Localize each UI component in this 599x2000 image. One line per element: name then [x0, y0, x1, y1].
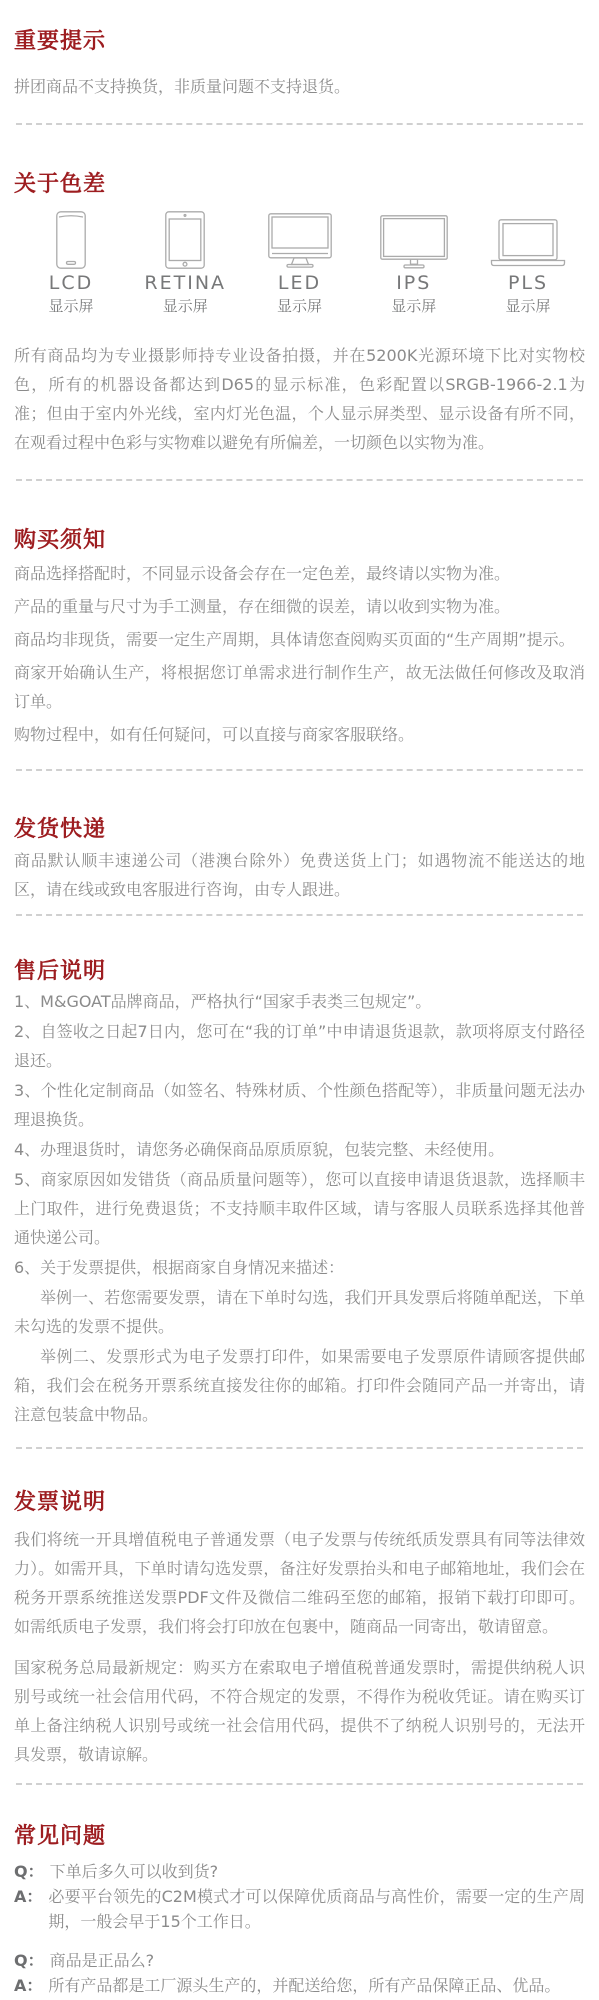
- purchase-note: 商品选择搭配时，不同显示设备会存在一定色差，最终请以实物为准。: [14, 559, 585, 588]
- display-name: LED: [278, 270, 321, 296]
- answer-text: 所有产品都是工厂源头生产的，并配送给您，所有产品保障正品、优品。: [48, 1973, 585, 1998]
- section-title-shipping: 发货快递: [14, 818, 585, 842]
- laptop-icon: [490, 211, 566, 269]
- dashed-divider: [16, 1783, 583, 1785]
- tablet-icon: [165, 211, 205, 269]
- dashed-divider: [16, 123, 583, 125]
- display-types-row: LCD 显示屏 RETINA 显示屏: [14, 211, 585, 317]
- dashed-divider: [16, 479, 583, 481]
- question-label: Q：: [14, 1948, 44, 1973]
- purchase-note: 购物过程中，如有任何疑问，可以直接与商家客服联络。: [14, 720, 585, 749]
- shipping-text: 商品默认顺丰速递公司（港澳台除外）免费送货上门；如遇物流不能送达的地区，请在线或…: [14, 846, 585, 904]
- invoice-paragraph: 国家税务总局最新规定：购买方在索取电子增值税普通发票时，需提供纳税人识别号或统一…: [14, 1653, 585, 1769]
- color-difference-text: 所有商品均为专业摄影师持专业设备拍摄，并在5200K光源环境下比对实物校色，所有…: [14, 341, 585, 457]
- answer-text: 必要平台领先的C2M模式才可以保障优质商品与高性价，需要一定的生产周期，一般会早…: [48, 1884, 585, 1934]
- faq-question: Q： 商品是正品么?: [14, 1948, 585, 1973]
- section-title-color-difference: 关于色差: [14, 173, 585, 197]
- display-sub: 显示屏: [391, 296, 436, 317]
- display-sub: 显示屏: [505, 296, 550, 317]
- after-sales-item: 5、商家原因如发错货（商品质量问题等），您可以直接申请退货退款，选择顺丰上门取件…: [14, 1165, 585, 1252]
- display-name: LCD: [49, 270, 93, 296]
- display-type-pls: PLS 显示屏: [477, 211, 579, 317]
- imac-icon: [268, 211, 332, 269]
- after-sales-item: 6、关于发票提供，根据商家自身情况来描述：: [14, 1253, 585, 1282]
- section-title-purchase-notes: 购买须知: [14, 529, 585, 553]
- after-sales-example: 举例二、发票形式为电子发票打印件，如果需要电子发票原件请顾客提供邮箱，我们会在税…: [14, 1342, 585, 1429]
- important-notice-text: 拼团商品不支持换货，非质量问题不支持退货。: [14, 72, 585, 101]
- faq-question: Q： 下单后多久可以收到货?: [14, 1859, 585, 1884]
- product-notice-page: 重要提示 拼团商品不支持换货，非质量问题不支持退货。 关于色差 LCD 显示屏: [0, 0, 599, 1998]
- display-sub: 显示屏: [48, 296, 93, 317]
- after-sales-item: 1、M&GOAT品牌商品，严格执行“国家手表类三包规定”。: [14, 987, 585, 1016]
- purchase-note: 产品的重量与尺寸为手工测量，存在细微的误差，请以收到实物为准。: [14, 592, 585, 621]
- question-text: 商品是正品么?: [50, 1948, 585, 1973]
- display-name: IPS: [396, 270, 431, 296]
- answer-label: A：: [14, 1973, 42, 1998]
- question-label: Q：: [14, 1859, 44, 1884]
- invoice-paragraph: 我们将统一开具增值税电子普通发票（电子发票与传统纸质发票具有同等法律效力）。如需…: [14, 1525, 585, 1641]
- section-color-difference: 关于色差 LCD 显示屏: [14, 173, 585, 457]
- display-sub: 显示屏: [163, 296, 208, 317]
- phone-icon: [56, 211, 86, 269]
- faq-answer: A： 所有产品都是工厂源头生产的，并配送给您，所有产品保障正品、优品。: [14, 1973, 585, 1998]
- display-type-retina: RETINA 显示屏: [134, 211, 236, 317]
- purchase-note: 商家开始确认生产，将根据您订单需求进行制作生产，故无法做任何修改及取消订单。: [14, 658, 585, 716]
- after-sales-item: 4、办理退货时，请您务必确保商品原质原貌，包装完整、未经使用。: [14, 1135, 585, 1164]
- section-important-notice: 重要提示 拼团商品不支持换货，非质量问题不支持退货。: [14, 30, 585, 101]
- section-title-after-sales: 售后说明: [14, 960, 585, 984]
- dashed-divider: [16, 914, 583, 916]
- display-sub: 显示屏: [277, 296, 322, 317]
- section-purchase-notes: 购买须知 商品选择搭配时，不同显示设备会存在一定色差，最终请以实物为准。 产品的…: [14, 529, 585, 749]
- monitor-icon: [380, 211, 448, 269]
- display-name: RETINA: [144, 270, 226, 296]
- display-type-ips: IPS 显示屏: [363, 211, 465, 317]
- display-type-led: LED 显示屏: [249, 211, 351, 317]
- display-type-lcd: LCD 显示屏: [20, 211, 122, 317]
- section-title-invoice: 发票说明: [14, 1491, 585, 1515]
- purchase-note: 商品均非现货，需要一定生产周期，具体请您查阅购买页面的“生产周期”提示。: [14, 625, 585, 654]
- section-faq: 常见问题 Q： 下单后多久可以收到货? A： 必要平台领先的C2M模式才可以保障…: [14, 1825, 585, 1998]
- question-text: 下单后多久可以收到货?: [50, 1859, 585, 1884]
- dashed-divider: [16, 769, 583, 771]
- display-name: PLS: [508, 270, 548, 296]
- dashed-divider: [16, 1447, 583, 1449]
- section-title-faq: 常见问题: [14, 1825, 585, 1849]
- after-sales-item: 2、自签收之日起7日内，您可在“我的订单”中申请退货退款，款项将原支付路径退还。: [14, 1017, 585, 1075]
- section-title-important: 重要提示: [14, 30, 585, 54]
- section-shipping: 发货快递 商品默认顺丰速递公司（港澳台除外）免费送货上门；如遇物流不能送达的地区…: [14, 818, 585, 904]
- section-after-sales: 售后说明 1、M&GOAT品牌商品，严格执行“国家手表类三包规定”。 2、自签收…: [14, 960, 585, 1429]
- faq-answer: A： 必要平台领先的C2M模式才可以保障优质商品与高性价，需要一定的生产周期，一…: [14, 1884, 585, 1934]
- after-sales-example: 举例一、若您需要发票，请在下单时勾选，我们开具发票后将随单配送，下单未勾选的发票…: [14, 1283, 585, 1341]
- after-sales-item: 3、个性化定制商品（如签名、特殊材质、个性颜色搭配等），非质量问题无法办理退换货…: [14, 1076, 585, 1134]
- section-invoice-notes: 发票说明 我们将统一开具增值税电子普通发票（电子发票与传统纸质发票具有同等法律效…: [14, 1491, 585, 1769]
- answer-label: A：: [14, 1884, 42, 1934]
